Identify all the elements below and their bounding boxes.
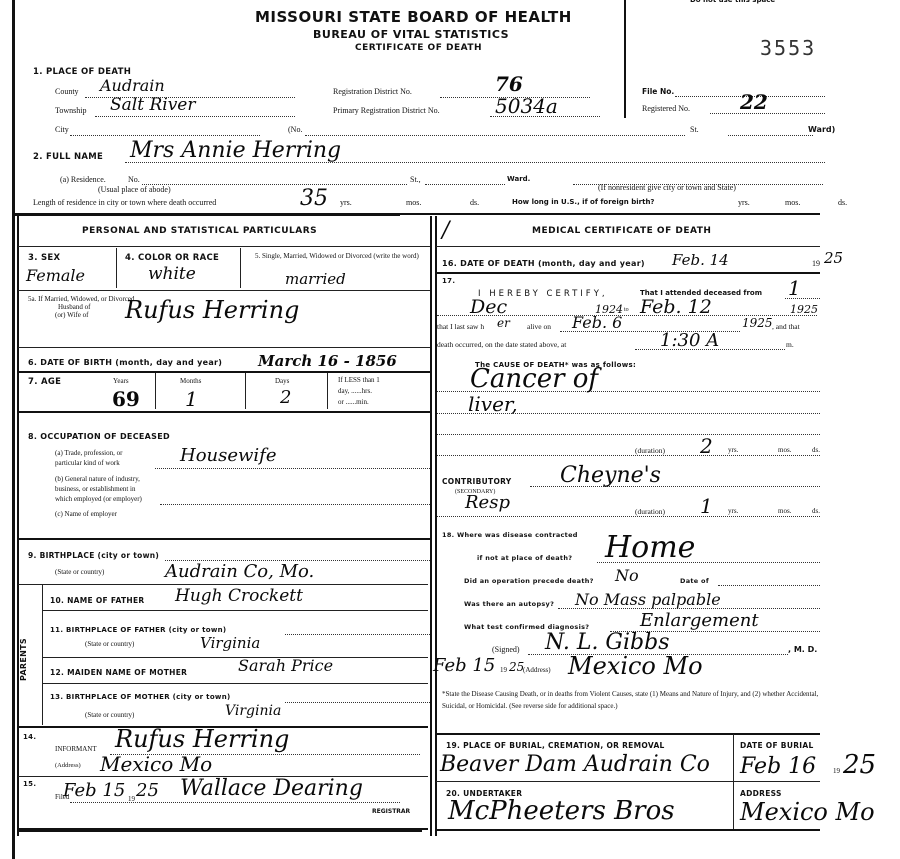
contributory-line-2: Resp: [465, 492, 510, 513]
county-value: Audrain: [100, 76, 165, 95]
contrib-yrs-label: yrs.: [728, 507, 738, 515]
ds-label: ds.: [470, 198, 479, 207]
informant-address-value: Mexico Mo: [100, 752, 212, 776]
physician-address-label: (Address): [523, 666, 551, 674]
signature-year: 25: [509, 660, 524, 674]
occupation-b-label-3: which employed (or employer): [55, 495, 142, 503]
contrib-duration-years: 1: [700, 494, 713, 518]
left-box-border: [17, 216, 19, 836]
race-label: 4. COLOR OR RACE: [125, 253, 219, 263]
personal-heading: PERSONAL AND STATISTICAL PARTICULARS: [82, 226, 317, 236]
contrib-ds-label: ds.: [812, 507, 820, 515]
signature-year-prefix: 19: [500, 666, 507, 674]
burial-year-prefix: 19: [833, 767, 840, 775]
medical-heading: MEDICAL CERTIFICATE OF DEATH: [532, 226, 711, 236]
autopsy-value: No Mass palpable: [575, 590, 721, 609]
m-label: m.: [786, 340, 794, 349]
registered-no-value: 22: [740, 90, 768, 114]
last-saw-date: Feb. 6: [572, 313, 622, 332]
residence-st-label: St.,: [410, 175, 421, 184]
registered-no-label: Registered No.: [642, 104, 690, 113]
informant-value: Rufus Herring: [115, 725, 289, 753]
time-of-death: 1:30 A: [660, 330, 719, 351]
attended-to-value: Feb. 12: [640, 296, 712, 318]
top-section-divider: [15, 213, 400, 216]
us-residence-label: How long in U.S., if of foreign birth?: [512, 198, 654, 206]
last-saw-label: that I last saw h: [437, 322, 484, 331]
birthplace-state-label: (State or country): [55, 568, 104, 576]
burial-place-value: Beaver Dam Audrain Co: [440, 752, 710, 777]
father-name-label: 10. NAME OF FATHER: [50, 596, 144, 605]
occupation-a-label-2: particular kind of work: [55, 459, 120, 467]
spouse-label-1: 5a. If Married, Widowed, or Divorced: [28, 295, 135, 303]
length-of-residence-years: 35: [300, 186, 328, 211]
birthplace-label: 9. BIRTHPLACE (city or town): [28, 551, 159, 560]
informant-address-label: (Address): [55, 762, 81, 769]
years-label: Years: [113, 377, 129, 385]
contributory-label: CONTRIBUTORY: [442, 477, 512, 486]
length-of-residence-label: Length of residence in city or town wher…: [33, 198, 216, 207]
occupation-value: Housewife: [180, 445, 277, 466]
where-contracted-value: Home: [605, 530, 695, 565]
sex-value: Female: [26, 266, 85, 285]
dod-label: 16. DATE OF DEATH (month, day and year): [442, 259, 645, 268]
yrs-label: yrs.: [340, 198, 352, 207]
contrib-mos-label: mos.: [778, 507, 791, 515]
burial-date-value: Feb 16: [740, 754, 816, 779]
duration-label: (duration): [635, 446, 665, 455]
attended-from-day: 1: [788, 276, 801, 300]
mother-name-value: Sarah Price: [238, 656, 333, 675]
residence-label: (a) Residence.: [60, 175, 106, 184]
us-yrs-label: yrs.: [738, 198, 750, 207]
bureau-subtitle: BUREAU OF VITAL STATISTICS: [313, 28, 509, 41]
registration-district-label: Registration District No.: [333, 87, 412, 96]
contributory-value: Cheyne's: [560, 463, 661, 488]
abode-note: (Usual place of abode): [98, 185, 171, 194]
right-column-border: [624, 0, 626, 118]
occupation-a-label-1: (a) Trade, profession, or: [55, 449, 122, 457]
informant-label: Informant: [55, 745, 97, 753]
undertaker-address-label: ADDRESS: [740, 789, 782, 798]
mos-label: mos.: [406, 198, 421, 207]
spouse-label-2: Husband of: [58, 303, 90, 311]
reserved-note: Do not use this space: [690, 0, 775, 4]
dod-year-value: 25: [824, 249, 843, 267]
full-name-label: 2. FULL NAME: [33, 152, 103, 162]
us-mos-label: mos.: [785, 198, 800, 207]
attended-to-year: 1925: [790, 303, 818, 316]
burial-place-label: 19. PLACE OF BURIAL, CREMATION, OR REMOV…: [446, 741, 665, 750]
to-label: to: [624, 307, 629, 313]
signature-date: Feb 15: [433, 655, 495, 676]
corner-mark: /: [442, 218, 449, 243]
occupation-label: 8. OCCUPATION OF DECEASED: [28, 432, 170, 441]
attended-from-month: Dec: [470, 296, 507, 318]
marital-label: 5. Single, Married, Widowed or Divorced …: [255, 252, 425, 261]
township-label: Township: [55, 106, 86, 115]
undertaker-address-value: Mexico Mo: [740, 798, 875, 826]
md-label: , M. D.: [788, 645, 817, 654]
mother-name-label: 12. MAIDEN NAME OF MOTHER: [50, 668, 187, 677]
filed-year-prefix: 19: [128, 795, 135, 803]
nonresident-note: (If nonresident give city or town and St…: [598, 183, 736, 192]
alive-on-label: alive on: [527, 322, 551, 331]
test-value: Enlargement: [640, 610, 759, 631]
father-birthplace-state-label: (State or country): [85, 640, 134, 648]
race-value: white: [148, 264, 196, 284]
last-saw-year: 1925: [742, 316, 773, 330]
residence-ward-label: Ward.: [507, 175, 530, 183]
cause-line-2: liver,: [468, 392, 518, 416]
less-than-day-label-3: or ......min.: [338, 398, 369, 406]
months-label: Months: [180, 377, 201, 385]
autopsy-label: Was there an autopsy?: [464, 600, 554, 608]
dob-value: March 16 - 1856: [258, 352, 397, 370]
no-label: (No.: [288, 125, 302, 134]
ward-label: Ward): [808, 125, 835, 134]
city-label: City: [55, 125, 69, 134]
mother-birthplace-state-label: (State or country): [85, 711, 134, 719]
cause-ds-label: ds.: [812, 446, 820, 454]
cert-number: 17.: [442, 277, 455, 285]
occupation-c-label: (c) Name of employer: [55, 510, 117, 518]
bottom-border: [17, 830, 422, 832]
registrar-label: Registrar: [372, 808, 410, 815]
registrar-signature: Wallace Dearing: [180, 776, 363, 801]
parents-label: PARENTS: [19, 638, 28, 681]
father-birthplace-label: 11. BIRTHPLACE OF FATHER (city or town): [50, 626, 226, 634]
burial-year-value: 25: [843, 750, 876, 780]
not-at-place-label: if not at place of death?: [477, 554, 572, 562]
operation-label: Did an operation precede death?: [464, 577, 594, 585]
left-margin-border: [12, 0, 15, 859]
contrib-duration-label: (duration): [635, 507, 665, 516]
top-section-divider-right: [400, 213, 820, 215]
dod-value: Feb. 14: [672, 251, 729, 269]
filed-number: 15.: [23, 780, 36, 788]
days-label: Days: [275, 377, 289, 385]
date-of-label: Date of: [680, 577, 709, 585]
dob-label: 6. DATE OF BIRTH (month, day and year): [28, 358, 222, 367]
marital-value: married: [285, 270, 346, 288]
primary-registration-label: Primary Registration District No.: [333, 106, 440, 115]
page-title: MISSOURI STATE BOARD OF HEALTH: [255, 8, 572, 26]
age-label: 7. AGE: [28, 377, 61, 387]
filed-year-value: 25: [136, 780, 159, 801]
undertaker-value: McPheeters Bros: [448, 796, 675, 826]
physician-address-value: Mexico Mo: [568, 652, 703, 680]
file-no-label: File No.: [642, 87, 674, 96]
birthplace-value: Audrain Co, Mo.: [165, 561, 314, 582]
last-saw-pronoun: er: [497, 316, 510, 330]
signed-label: (Signed): [492, 645, 520, 654]
cause-yrs-label: yrs.: [728, 446, 738, 454]
burial-date-label: DATE OF BURIAL: [740, 741, 814, 750]
sex-label: 3. SEX: [28, 253, 60, 263]
county-label: County: [55, 87, 79, 96]
dod-year-prefix: 19: [812, 259, 820, 268]
form-title: CERTIFICATE OF DEATH: [355, 43, 482, 53]
cause-line-1: Cancer of: [470, 364, 598, 394]
age-days-value: 2: [280, 387, 291, 408]
where-contracted-label: 18. Where was disease contracted: [442, 531, 578, 539]
father-birthplace-value: Virginia: [200, 634, 260, 652]
primary-registration-value: 5034a: [495, 94, 558, 118]
and-that-label: , and that: [772, 322, 800, 331]
less-than-day-label-2: day, ......hrs.: [338, 387, 372, 395]
informant-number: 14.: [23, 733, 36, 741]
stamp-number: 3553: [760, 36, 816, 60]
township-value: Salt River: [110, 95, 195, 115]
mother-birthplace-value: Virginia: [225, 703, 281, 719]
age-years-value: 69: [112, 387, 140, 411]
spouse-value: Rufus Herring: [125, 296, 299, 324]
cause-footnote: *State the Disease Causing Death, or in …: [442, 688, 822, 712]
occurred-label: death occurred, on the date stated above…: [437, 340, 566, 349]
age-months-value: 1: [185, 387, 198, 411]
filed-date-value: Feb 15: [63, 780, 125, 801]
cause-duration-years: 2: [700, 434, 713, 458]
full-name-value: Mrs Annie Herring: [130, 138, 341, 163]
father-name-value: Hugh Crockett: [175, 586, 303, 606]
occupation-b-label-1: (b) General nature of industry,: [55, 475, 140, 483]
less-than-day-label-1: If LESS than 1: [338, 376, 380, 384]
residence-no-label: No.: [128, 175, 140, 184]
spouse-label-3: (or) Wife of: [55, 311, 88, 319]
occupation-b-label-2: business, or establishment in: [55, 485, 136, 493]
center-divider: [430, 216, 432, 836]
cause-mos-label: mos.: [778, 446, 791, 454]
mother-birthplace-label: 13. BIRTHPLACE OF MOTHER (city or town): [50, 693, 230, 701]
operation-value: No: [615, 566, 639, 585]
registration-district-value: 76: [495, 72, 523, 96]
center-divider-inner: [435, 216, 437, 836]
st-label: St.: [690, 125, 699, 134]
us-ds-label: ds.: [838, 198, 847, 207]
